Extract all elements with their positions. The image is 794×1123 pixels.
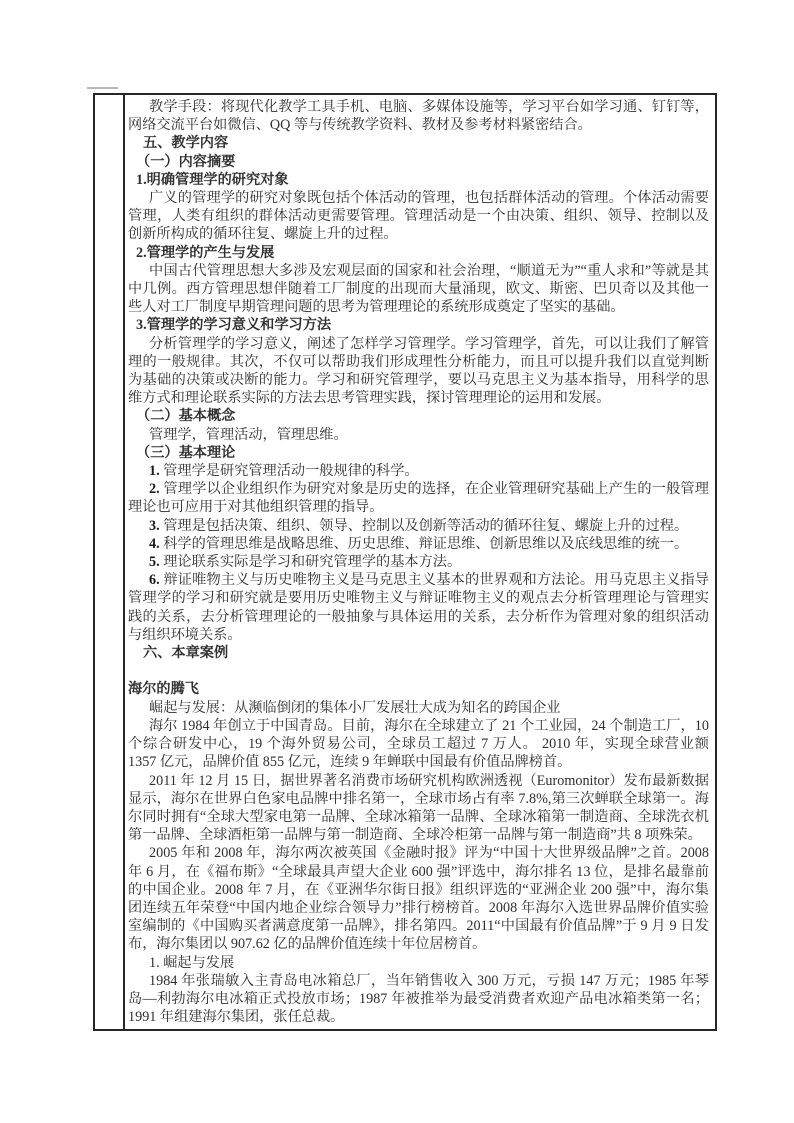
topic-heading: 2.管理学的产生与发展 (128, 244, 709, 262)
scan-artifact-line (87, 87, 118, 89)
topic-heading: 3.管理学的学习意义和学习方法 (128, 316, 709, 334)
item-text: 辩证唯物主义与历史唯物主义是马克思主义基本的世界观和方法论。用马克思主义指导管理… (128, 572, 709, 643)
item-text: 理论联系实际是学习和研究管理学的基本方法。 (163, 554, 461, 570)
subsection-heading: （一）内容摘要 (128, 153, 709, 171)
paragraph: 教学手段：将现代化教学工具手机、电脑、多媒体设施等，学习平台如学习通、钉钉等，网… (128, 98, 709, 134)
paragraph: 管理学，管理活动，管理思维。 (128, 426, 709, 444)
section-heading: 五、教学内容 (128, 134, 709, 152)
item-number: 4. (149, 536, 160, 552)
lesson-plan-table: 教学手段：将现代化教学工具手机、电脑、多媒体设施等，学习平台如学习通、钉钉等，网… (93, 93, 717, 1031)
item-number: 1. (149, 463, 160, 479)
item-text: 管理是包括决策、组织、领导、控制以及创新等活动的循环往复、螺旋上升的过程。 (163, 518, 688, 534)
numbered-item: 3. 管理是包括决策、组织、领导、控制以及创新等活动的循环往复、螺旋上升的过程。 (128, 517, 709, 535)
item-text: 管理学以企业组织作为研究对象是历史的选择，在企业管理研究基础上产生的一般管理理论… (128, 481, 709, 515)
section-heading: 六、本章案例 (128, 644, 709, 662)
subsection-heading: （二）基本概念 (128, 407, 709, 425)
topic-heading: 1.明确管理学的研究对象 (128, 171, 709, 189)
item-number: 6. (149, 572, 160, 588)
paragraph: 分析管理学的学习意义，阐述了怎样学习管理学。学习管理学，首先，可以让我们了解管理… (128, 335, 709, 408)
item-text: 管理学是研究管理活动一般规律的科学。 (163, 463, 418, 479)
paragraph: 广义的管理学的研究对象既包括个体活动的管理，也包括群体活动的管理。个体活动需要管… (128, 189, 709, 244)
case-paragraph: 2011 年 12 月 15 日，据世界著名消费市场研究机构欧洲透视（Eurom… (128, 772, 709, 845)
case-paragraph: 海尔 1984 年创立于中国青岛。目前，海尔在全球建立了 21 个工业园，24 … (128, 717, 709, 772)
subsection-heading: （三）基本理论 (128, 444, 709, 462)
item-number: 5. (149, 554, 160, 570)
table-gutter-cell (95, 95, 125, 1029)
case-paragraph: 2005 年和 2008 年，海尔两次被英国《金融时报》评为“中国十大世界级品牌… (128, 844, 709, 953)
item-number: 2. (149, 481, 160, 497)
blank-line (128, 662, 709, 680)
paragraph: 中国古代管理思想大多涉及宏观层面的国家和社会治理，“顺道无为”“重人求和”等就是… (128, 262, 709, 317)
case-paragraph: 1984 年张瑞敏入主青岛电冰箱总厂，当年销售收入 300 万元，亏损 147 … (128, 972, 709, 1027)
table-content-cell: 教学手段：将现代化教学工具手机、电脑、多媒体设施等，学习平台如学习通、钉钉等，网… (125, 95, 715, 1029)
numbered-item: 4. 科学的管理思维是战略思维、历史思维、辩证思维、创新思维以及底线思维的统一。 (128, 535, 709, 553)
numbered-item: 6. 辩证唯物主义与历史唯物主义是马克思主义基本的世界观和方法论。用马克思主义指… (128, 571, 709, 644)
case-paragraph: 1. 崛起与发展 (128, 954, 709, 972)
item-text: 科学的管理思维是战略思维、历史思维、辩证思维、创新思维以及底线思维的统一。 (163, 536, 688, 552)
case-title: 海尔的腾飞 (128, 680, 709, 698)
item-number: 3. (149, 518, 160, 534)
case-paragraph: 崛起与发展：从濒临倒闭的集体小厂发展壮大成为知名的跨国企业 (128, 699, 709, 717)
numbered-item: 5. 理论联系实际是学习和研究管理学的基本方法。 (128, 553, 709, 571)
numbered-item: 2. 管理学以企业组织作为研究对象是历史的选择，在企业管理研究基础上产生的一般管… (128, 480, 709, 516)
document-page: { "colors": { "heading_blue": "#1f3864",… (0, 0, 794, 1123)
numbered-item: 1. 管理学是研究管理活动一般规律的科学。 (128, 462, 709, 480)
